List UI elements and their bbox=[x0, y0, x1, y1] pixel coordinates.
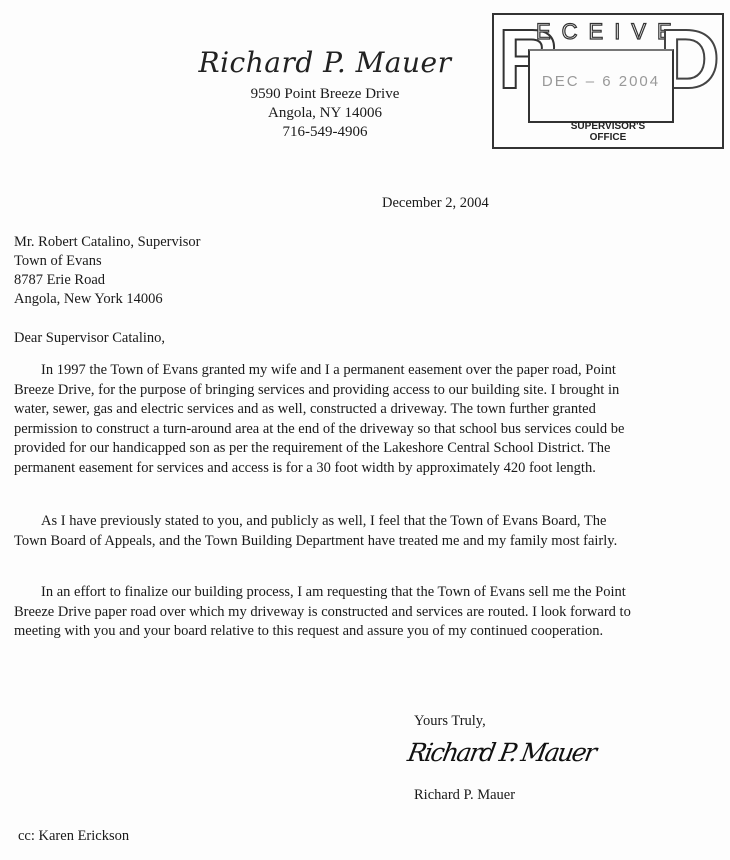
letter-date: December 2, 2004 bbox=[382, 194, 489, 213]
recipient-line2: Town of Evans bbox=[14, 252, 200, 271]
stamp-office-line2: OFFICE bbox=[494, 132, 722, 143]
stamp-office-line1: SUPERVISOR'S bbox=[494, 121, 722, 132]
salutation: Dear Supervisor Catalino, bbox=[14, 329, 165, 348]
recipient-line4: Angola, New York 14006 bbox=[14, 290, 200, 309]
body-paragraph-3: In an effort to finalize our building pr… bbox=[14, 583, 634, 642]
stamp-date: DEC – 6 2004 bbox=[530, 73, 672, 90]
cc-line: cc: Karen Erickson bbox=[18, 827, 129, 846]
stamp-office: SUPERVISOR'S OFFICE bbox=[494, 121, 722, 143]
closing: Yours Truly, bbox=[414, 712, 486, 731]
recipient-line1: Mr. Robert Catalino, Supervisor bbox=[14, 233, 200, 252]
body-paragraph-2: As I have previously stated to you, and … bbox=[14, 512, 634, 551]
handwritten-signature: Richard P. Mauer bbox=[405, 738, 597, 767]
recipient-line3: 8787 Erie Road bbox=[14, 271, 200, 290]
received-stamp: R ECEIVE D DEC – 6 2004 SUPERVISOR'S OFF… bbox=[492, 13, 724, 149]
signature-name: Richard P. Mauer bbox=[414, 786, 515, 805]
body-paragraph-1: In 1997 the Town of Evans granted my wif… bbox=[14, 361, 634, 478]
recipient-block: Mr. Robert Catalino, Supervisor Town of … bbox=[14, 233, 200, 309]
stamp-date-box: DEC – 6 2004 bbox=[528, 49, 674, 123]
